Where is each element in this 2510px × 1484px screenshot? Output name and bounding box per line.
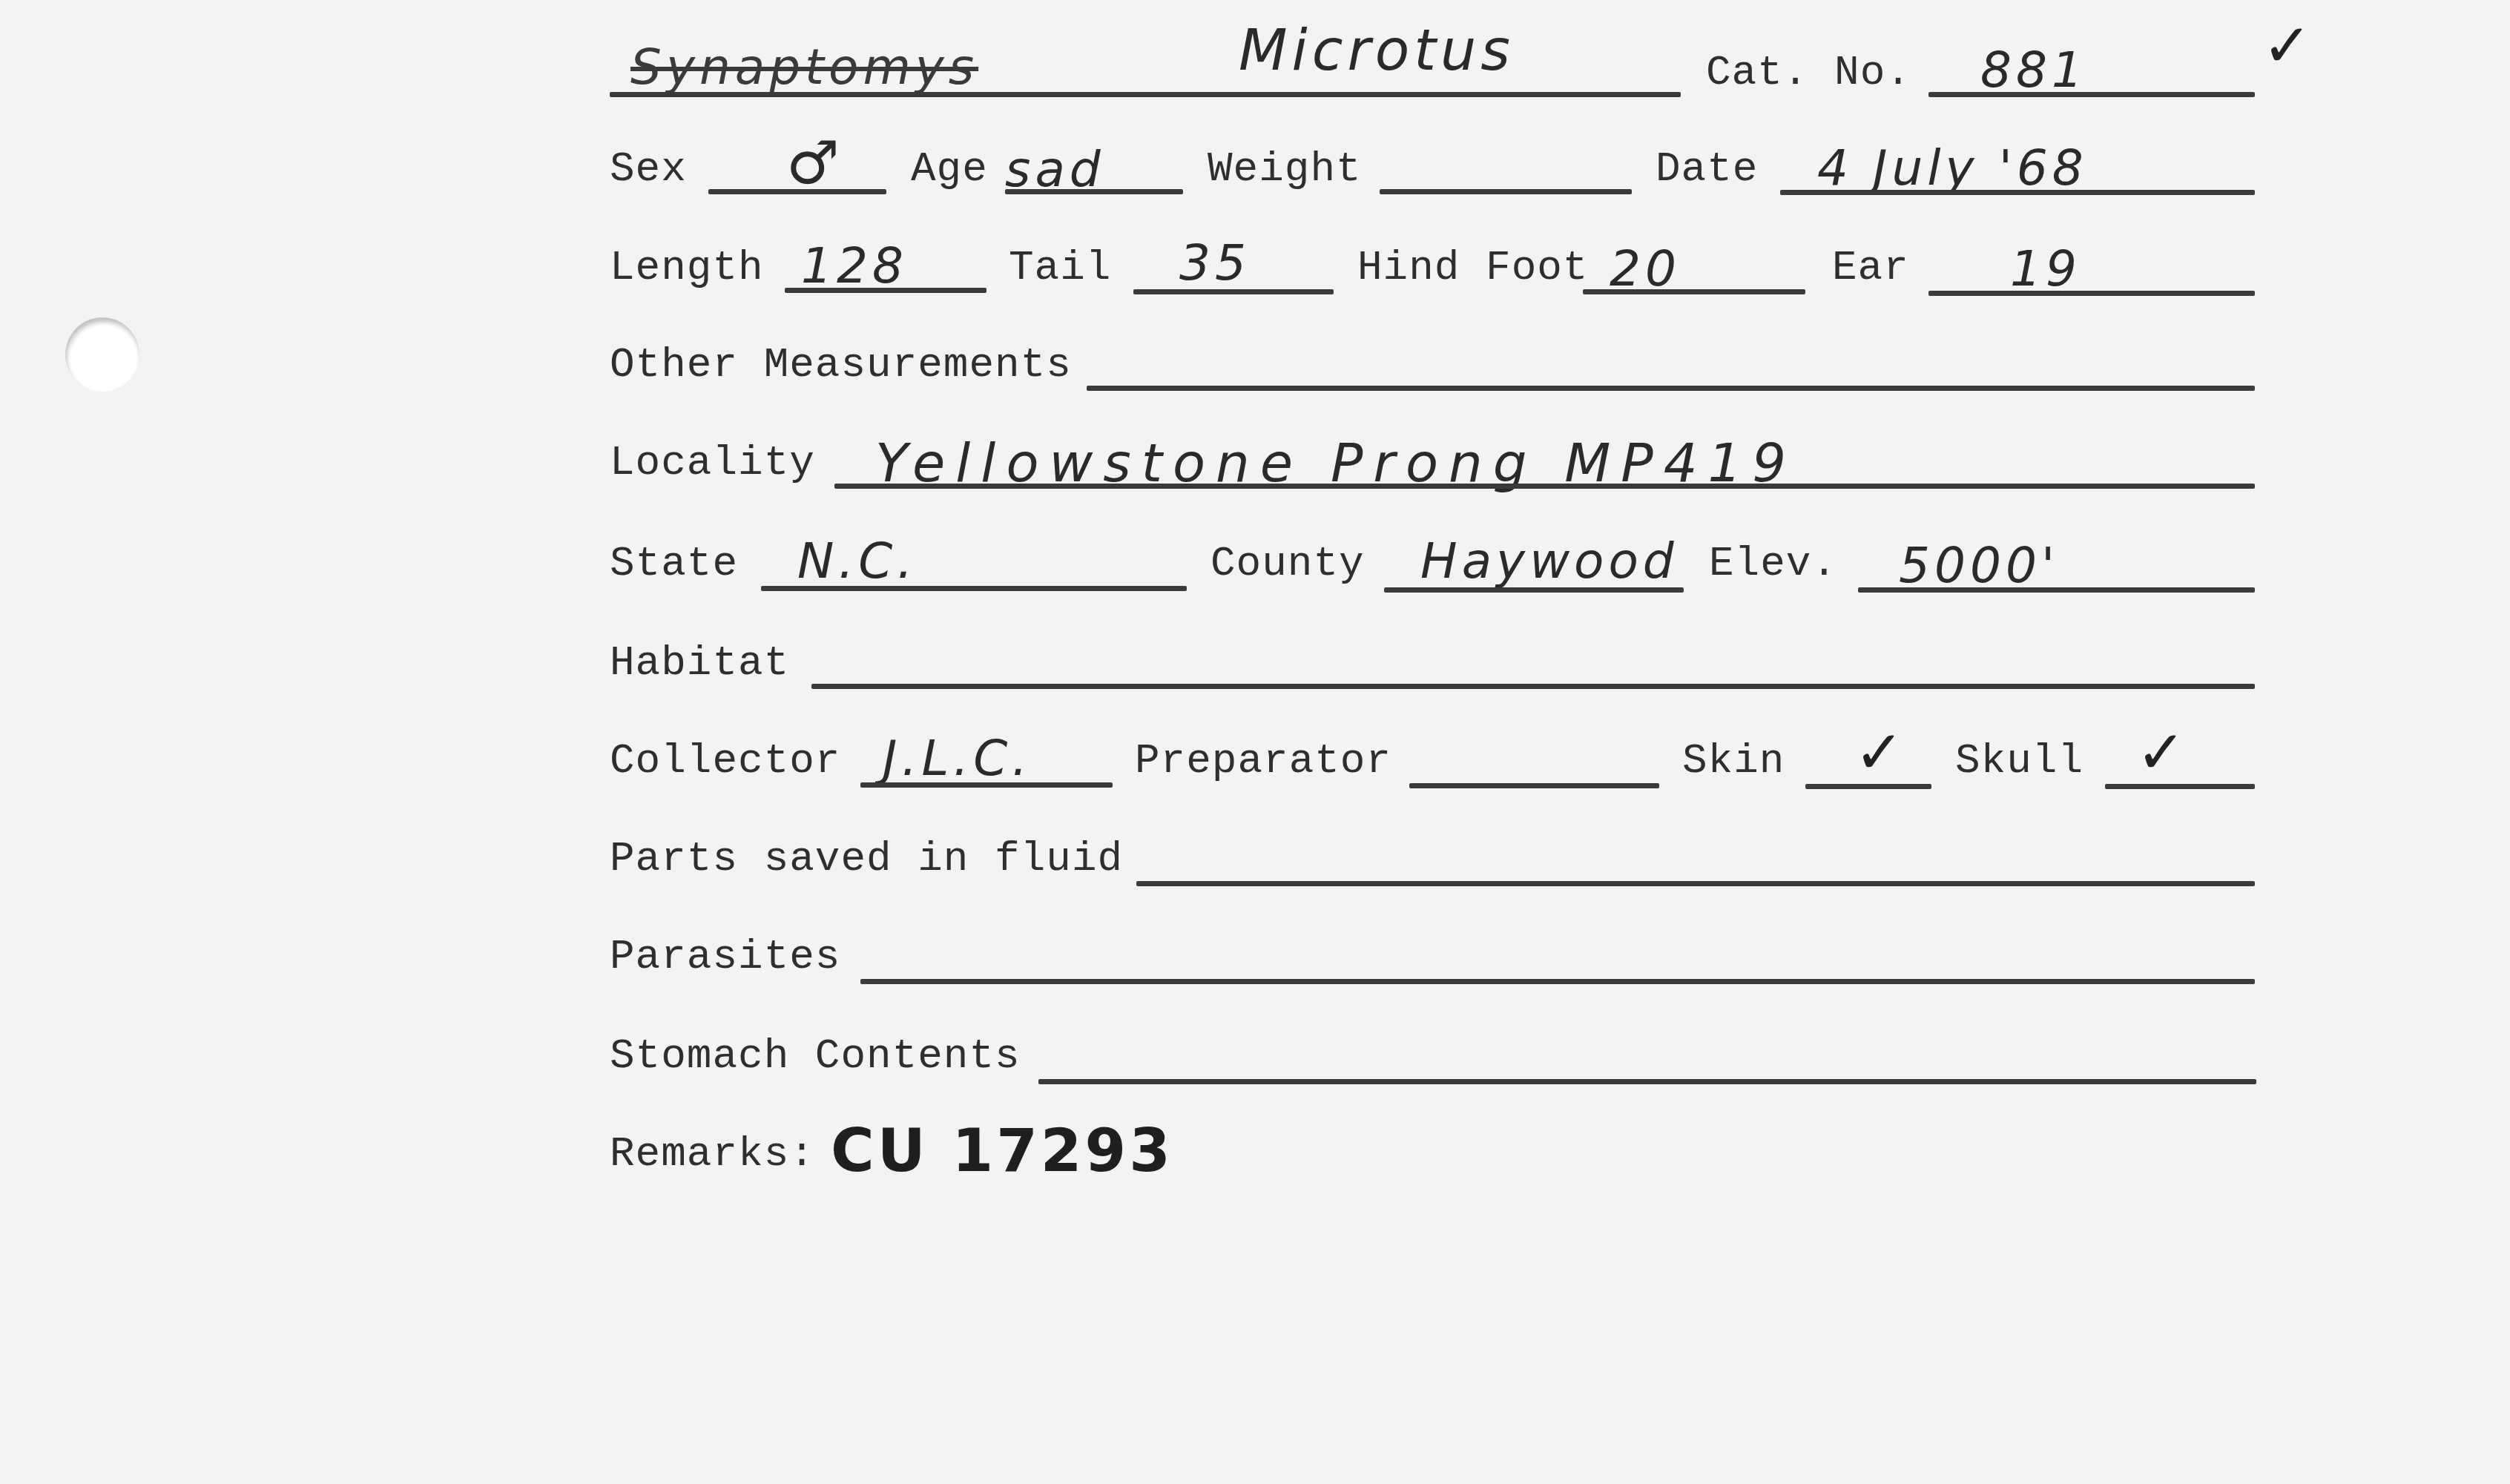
verified-check-icon: ✓ [2262, 16, 2312, 76]
stomach-contents-label: Stomach Contents [610, 1035, 1021, 1077]
habitat-label: Habitat [610, 642, 789, 684]
skin-line [1805, 784, 1931, 789]
length-line [785, 288, 986, 293]
locality-value: Yellowstone Prong MP419 [875, 436, 1796, 489]
preparator-label: Preparator [1135, 740, 1391, 782]
date-value: 4 July '68 [1817, 144, 2088, 193]
state-line [761, 586, 1187, 591]
sex-value: ♂ [786, 133, 844, 193]
date-label: Date [1656, 148, 1758, 190]
skull-check-icon: ✓ [2136, 723, 2186, 782]
state-value: N.C. [797, 537, 917, 586]
tail-value: 35 [1179, 239, 1251, 288]
ear-line [1928, 291, 2255, 296]
county-value: Haywood [1420, 537, 1679, 586]
cat-no-label: Cat. No. [1706, 52, 1911, 93]
parasites-line [860, 979, 2255, 984]
remarks-label: Remarks: [610, 1133, 815, 1175]
remarks-value: CU 17293 [831, 1121, 1173, 1181]
other-measurements-line [1087, 386, 2255, 391]
sex-label: Sex [610, 148, 687, 190]
specimen-card: Synaptomys Microtus Cat. No. 881 ✓ Sex ♂… [0, 0, 2510, 1484]
elev-value: 5000' [1899, 541, 2059, 590]
county-line [1384, 587, 1684, 593]
elev-label: Elev. [1709, 543, 1837, 584]
genus-corrected: Microtus [1239, 22, 1515, 79]
parts-fluid-line [1136, 881, 2255, 886]
elev-line [1858, 587, 2255, 593]
other-measurements-label: Other Measurements [610, 344, 1072, 386]
parasites-label: Parasites [610, 936, 840, 977]
stomach-contents-line [1038, 1079, 2256, 1084]
date-line [1780, 190, 2255, 195]
cat-no-line [1928, 92, 2255, 97]
skin-check-icon: ✓ [1854, 723, 1904, 782]
skin-label: Skin [1682, 740, 1785, 782]
skull-label: Skull [1955, 740, 2084, 782]
collector-label: Collector [610, 740, 840, 782]
locality-label: Locality [610, 442, 815, 484]
weight-label: Weight [1208, 148, 1362, 190]
cat-no-value: 881 [1980, 46, 2087, 95]
age-line [1005, 189, 1183, 194]
county-label: County [1210, 543, 1365, 584]
collector-value: J.L.C. [883, 734, 1032, 783]
hind-foot-line [1583, 289, 1805, 294]
age-value: sad [1005, 145, 1105, 194]
punch-hole [65, 317, 139, 392]
hind-foot-value: 20 [1610, 245, 1681, 294]
length-label: Length [610, 247, 764, 288]
weight-line [1380, 189, 1632, 194]
age-label: Age [911, 148, 988, 190]
tail-line [1133, 289, 1334, 294]
ear-label: Ear [1832, 247, 1909, 288]
locality-line [834, 484, 2255, 489]
habitat-line [811, 684, 2255, 689]
state-label: State [610, 543, 738, 584]
tail-label: Tail [1009, 247, 1111, 288]
parts-fluid-label: Parts saved in fluid [610, 838, 1123, 880]
length-value: 128 [801, 242, 908, 291]
preparator-line [1409, 783, 1659, 788]
ear-value: 19 [2010, 245, 2081, 294]
skull-line [2105, 784, 2255, 789]
genus-original-struck: Synaptomys [630, 43, 978, 92]
genus-line [610, 92, 1681, 97]
collector-line [860, 782, 1113, 788]
sex-line [708, 189, 886, 194]
hind-foot-label: Hind Foot [1357, 247, 1588, 288]
